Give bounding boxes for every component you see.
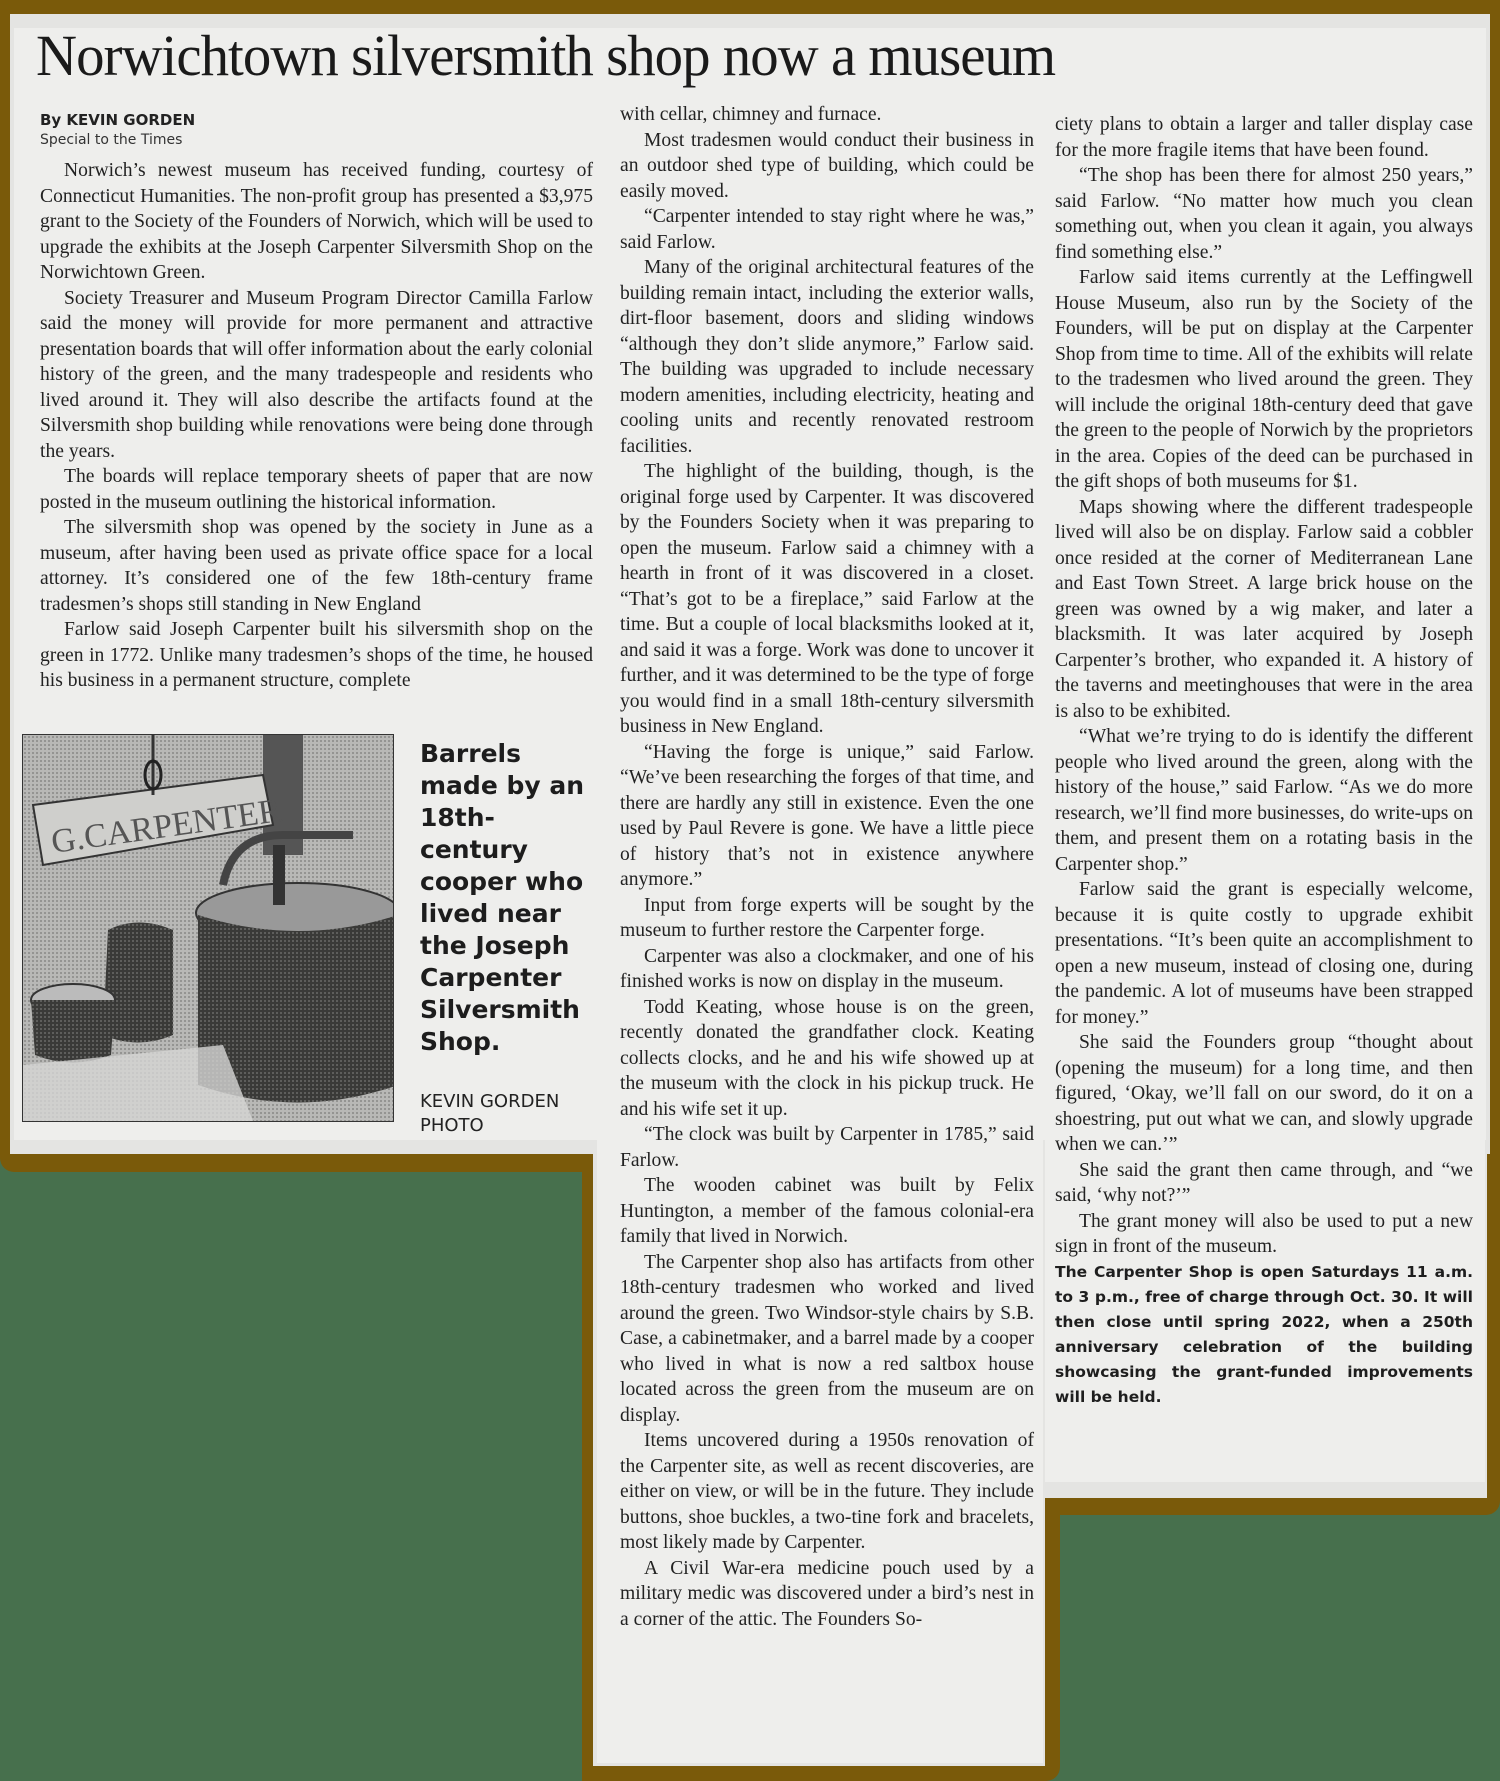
paragraph: “The clock was built by Carpenter in 178… [620, 1122, 1034, 1173]
article-column-1: By KEVIN GORDEN Special to the Times Nor… [40, 110, 593, 694]
paragraph: Input from forge experts will be sought … [620, 893, 1034, 944]
paragraph: Society Treasurer and Museum Program Dir… [40, 286, 593, 465]
paragraph: Most tradesmen would conduct their busin… [620, 128, 1034, 205]
article-headline: Norwichtown silversmith shop now a museu… [36, 22, 1055, 89]
paragraph: Norwich’s newest museum has received fun… [40, 158, 593, 286]
paragraph: “Having the forge is unique,” said Farlo… [620, 740, 1034, 893]
paragraph: Carpenter was also a clockmaker, and one… [620, 944, 1034, 995]
paragraph: She said the grant then came through, an… [1055, 1158, 1473, 1209]
paragraph: Farlow said the grant is especially welc… [1055, 877, 1473, 1030]
paragraph: The highlight of the building, though, i… [620, 459, 1034, 740]
paragraph: Farlow said Joseph Carpenter built his s… [40, 617, 593, 694]
paragraph: She said the Founders group “thought abo… [1055, 1030, 1473, 1158]
paragraph: Farlow said items currently at the Leffi… [1055, 265, 1473, 495]
photo-credit: KEVIN GORDEN PHOTO [420, 1090, 559, 1138]
paragraph: Maps showing where the different tradesp… [1055, 495, 1473, 725]
article-column-2: with cellar, chimney and furnace. Most t… [620, 102, 1034, 1632]
photo-caption: Barrels made by an 18th-century cooper w… [420, 738, 600, 1058]
paragraph: Todd Keating, whose house is on the gree… [620, 995, 1034, 1123]
paragraph: Many of the original architectural featu… [620, 255, 1034, 459]
paragraph: The silversmith shop was opened by the s… [40, 515, 593, 617]
photo-credit-name: KEVIN GORDEN [420, 1090, 559, 1114]
paragraph: Items uncovered during a 1950s renovatio… [620, 1428, 1034, 1556]
paragraph: ciety plans to obtain a larger and talle… [1055, 112, 1473, 163]
paragraph: “Carpenter intended to stay right where … [620, 204, 1034, 255]
byline-affiliation: Special to the Times [40, 130, 593, 150]
byline: By KEVIN GORDEN [40, 110, 593, 130]
paragraph: The wooden cabinet was built by Felix Hu… [620, 1173, 1034, 1250]
barrels-photo: G.CARPENTER [22, 734, 394, 1122]
paragraph: The boards will replace temporary sheets… [40, 464, 593, 515]
paragraph: “The shop has been there for almost 250 … [1055, 163, 1473, 265]
paragraph: A Civil War-era medicine pouch used by a… [620, 1556, 1034, 1633]
paragraph: with cellar, chimney and furnace. [620, 102, 1034, 128]
article-column-3: ciety plans to obtain a larger and talle… [1055, 112, 1473, 1410]
barrels-photo-illustration: G.CARPENTER [23, 735, 393, 1121]
paragraph: “What we’re trying to do is identify the… [1055, 724, 1473, 877]
closing-tagline: The Carpenter Shop is open Saturdays 11 … [1055, 1260, 1473, 1410]
paragraph: The Carpenter shop also has artifacts fr… [620, 1250, 1034, 1429]
paragraph: The grant money will also be used to put… [1055, 1209, 1473, 1260]
photo-credit-label: PHOTO [420, 1114, 559, 1138]
